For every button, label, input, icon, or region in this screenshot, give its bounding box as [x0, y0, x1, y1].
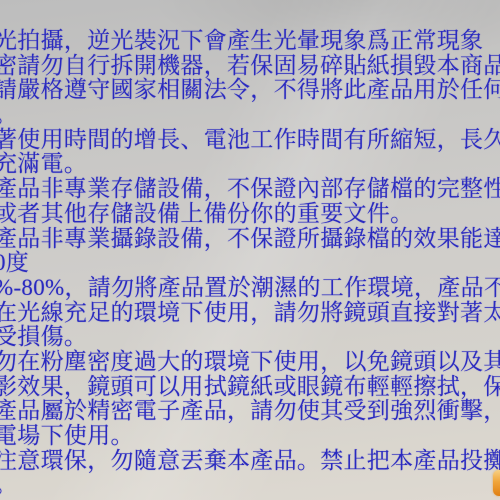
- text-line: 。: [0, 103, 500, 128]
- screenshot-root: 光拍攝，逆光裝況下會產生光暈現象爲正常現象 密請勿自行拆開機器，若保固易碎貼紙損…: [0, 0, 500, 500]
- text-line: 著使用時間的增長、電池工作時間有所縮短，長久: [0, 128, 500, 153]
- text-line: 在光線充足的環境下使用，請勿將鏡頭直接對著太: [0, 301, 500, 326]
- text-line: 。: [0, 473, 500, 498]
- disclaimer-text-block: 光拍攝，逆光裝況下會產生光暈現象爲正常現象 密請勿自行拆開機器，若保固易碎貼紙損…: [0, 29, 500, 498]
- text-line: 影效果，鏡頭可以用拭鏡紙或眼鏡布輕輕擦拭，保: [0, 375, 500, 400]
- text-line: 0度: [0, 251, 500, 276]
- text-line: 產品屬於精密電子產品，請勿使其受到強烈衝擊，: [0, 399, 500, 424]
- text-line: 電場下使用。: [0, 424, 500, 449]
- text-line: 產品非專業攝錄設備，不保證所攝錄檔的效果能達: [0, 227, 500, 252]
- text-line: 產品非專業存儲設備，不保證內部存儲檔的完整性: [0, 177, 500, 202]
- text-line: 充滿電。: [0, 152, 500, 177]
- text-line: 密請勿自行拆開機器，若保固易碎貼紙損毀本商品: [0, 54, 500, 79]
- text-line: 受損傷。: [0, 325, 500, 350]
- orange-logo-fragment-icon: [493, 470, 500, 496]
- text-line: 勿在粉塵密度過大的環境下使用，以免鏡頭以及其: [0, 350, 500, 375]
- text-line: %-80%，請勿將產品置於潮濕的工作環境，產品不: [0, 276, 500, 301]
- text-line: 或者其他存儲設備上備份你的重要文件。: [0, 202, 500, 227]
- text-line: 請嚴格遵守國家相關法令，不得將此產品用於任何: [0, 78, 500, 103]
- text-line: 注意環保，勿隨意丟棄本產品。禁止把本產品投擲: [0, 449, 500, 474]
- text-line: 光拍攝，逆光裝況下會產生光暈現象爲正常現象: [0, 29, 500, 54]
